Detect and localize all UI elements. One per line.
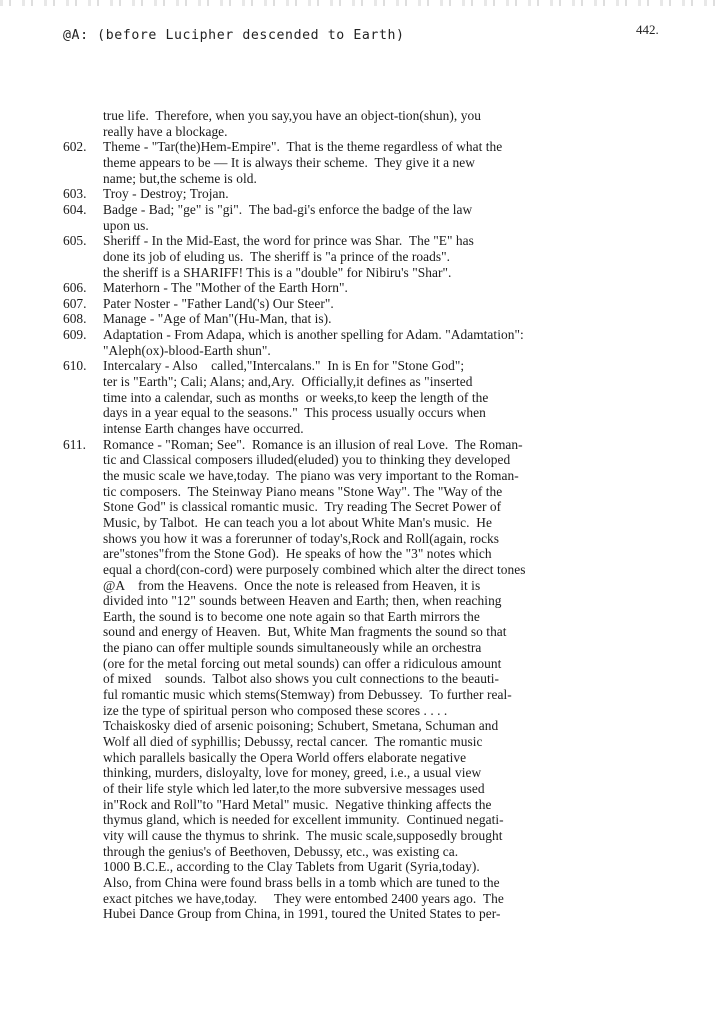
line-text: ful romantic music which stems(Stemway) …	[103, 687, 512, 703]
line-text: Sheriff - In the Mid-East, the word for …	[103, 233, 474, 249]
line-text: upon us.	[103, 218, 149, 234]
line-text: theme appears to be — It is always their…	[103, 155, 475, 171]
line-text: Tchaiskosky died of arsenic poisoning; S…	[103, 718, 498, 734]
item-number: 609.	[63, 327, 86, 343]
line-text: tic composers. The Steinway Piano means …	[103, 484, 502, 500]
item-number: 605.	[63, 233, 86, 249]
line-text: equal a chord(con-cord) were purposely c…	[103, 562, 525, 578]
line-text: ter is "Earth"; Cali; Alans; and,Ary. Of…	[103, 374, 472, 390]
line-text: Adaptation - From Adapa, which is anothe…	[103, 327, 524, 343]
line-text: thinking, murders, disloyalty, love for …	[103, 765, 481, 781]
line-text: Theme - "Tar(the)Hem-Empire". That is th…	[103, 139, 502, 155]
line-text: Intercalary - Also called,"Intercalans."…	[103, 358, 464, 374]
item-number: 606.	[63, 280, 86, 296]
line-text: Manage - "Age of Man"(Hu-Man, that is).	[103, 311, 332, 327]
line-text: Hubei Dance Group from China, in 1991, t…	[103, 906, 500, 922]
line-text: shows you how it was a forerunner of tod…	[103, 531, 499, 547]
scan-artifact	[0, 0, 720, 6]
line-text: Romance - "Roman; See". Romance is an il…	[103, 437, 523, 453]
page-number: 442.	[636, 22, 659, 38]
line-text: days in a year equal to the seasons." Th…	[103, 405, 486, 421]
line-text: Wolf all died of syphillis; Debussy, rec…	[103, 734, 483, 750]
line-text: exact pitches we have,today. They were e…	[103, 891, 504, 907]
line-text: of their life style which led later,to t…	[103, 781, 485, 797]
line-text: Troy - Destroy; Trojan.	[103, 186, 229, 202]
line-text: (ore for the metal forcing out metal sou…	[103, 656, 501, 672]
line-text: time into a calendar, such as months or …	[103, 390, 488, 406]
line-text: Also, from China were found brass bells …	[103, 875, 500, 891]
line-text: tic and Classical composers illuded(elud…	[103, 452, 510, 468]
item-number: 611.	[63, 437, 86, 453]
item-number: 610.	[63, 358, 86, 374]
line-text: Materhorn - The "Mother of the Earth Hor…	[103, 280, 348, 296]
line-text: 1000 B.C.E., according to the Clay Table…	[103, 859, 480, 875]
running-header: @A: (before Lucipher descended to Earth)	[63, 28, 405, 43]
line-text: "Aleph(ox)-blood-Earth shun".	[103, 343, 271, 359]
line-text: divided into "12" sounds between Heaven …	[103, 593, 502, 609]
line-text: thymus gland, which is needed for excell…	[103, 812, 504, 828]
line-text: done its job of eluding us. The sheriff …	[103, 249, 450, 265]
line-text: Music, by Talbot. He can teach you a lot…	[103, 515, 492, 531]
line-text: Pater Noster - "Father Land('s) Our Stee…	[103, 296, 334, 312]
item-number: 603.	[63, 186, 86, 202]
line-text: of mixed sounds. Talbot also shows you c…	[103, 671, 499, 687]
item-number: 602.	[63, 139, 86, 155]
line-text: Earth, the sound is to become one note a…	[103, 609, 480, 625]
line-text: in"Rock and Roll"to "Hard Metal" music. …	[103, 797, 491, 813]
line-text: through the genius's of Beethoven, Debus…	[103, 844, 458, 860]
item-number: 608.	[63, 311, 86, 327]
line-text: which parallels basically the Opera Worl…	[103, 750, 466, 766]
line-text: Badge - Bad; "ge" is "gi". The bad-gi's …	[103, 202, 472, 218]
line-text: @A from the Heavens. Once the note is re…	[103, 578, 480, 594]
line-text: intense Earth changes have occurred.	[103, 421, 304, 437]
line-text: are"stones"from the Stone God). He speak…	[103, 546, 492, 562]
line-text: sound and energy of Heaven. But, White M…	[103, 624, 507, 640]
line-text: name; but,the scheme is old.	[103, 171, 257, 187]
line-text: really have a blockage.	[103, 124, 228, 140]
line-text: Stone God" is classical romantic music. …	[103, 499, 501, 515]
item-number: 607.	[63, 296, 86, 312]
line-text: vity will cause the thymus to shrink. Th…	[103, 828, 503, 844]
line-text: the piano can offer multiple sounds simu…	[103, 640, 481, 656]
line-text: the sheriff is a SHARIFF! This is a "dou…	[103, 265, 451, 281]
item-number: 604.	[63, 202, 86, 218]
line-text: true life. Therefore, when you say,you h…	[103, 108, 481, 124]
line-text: the music scale we have,today. The piano…	[103, 468, 519, 484]
line-text: ize the type of spiritual person who com…	[103, 703, 447, 719]
